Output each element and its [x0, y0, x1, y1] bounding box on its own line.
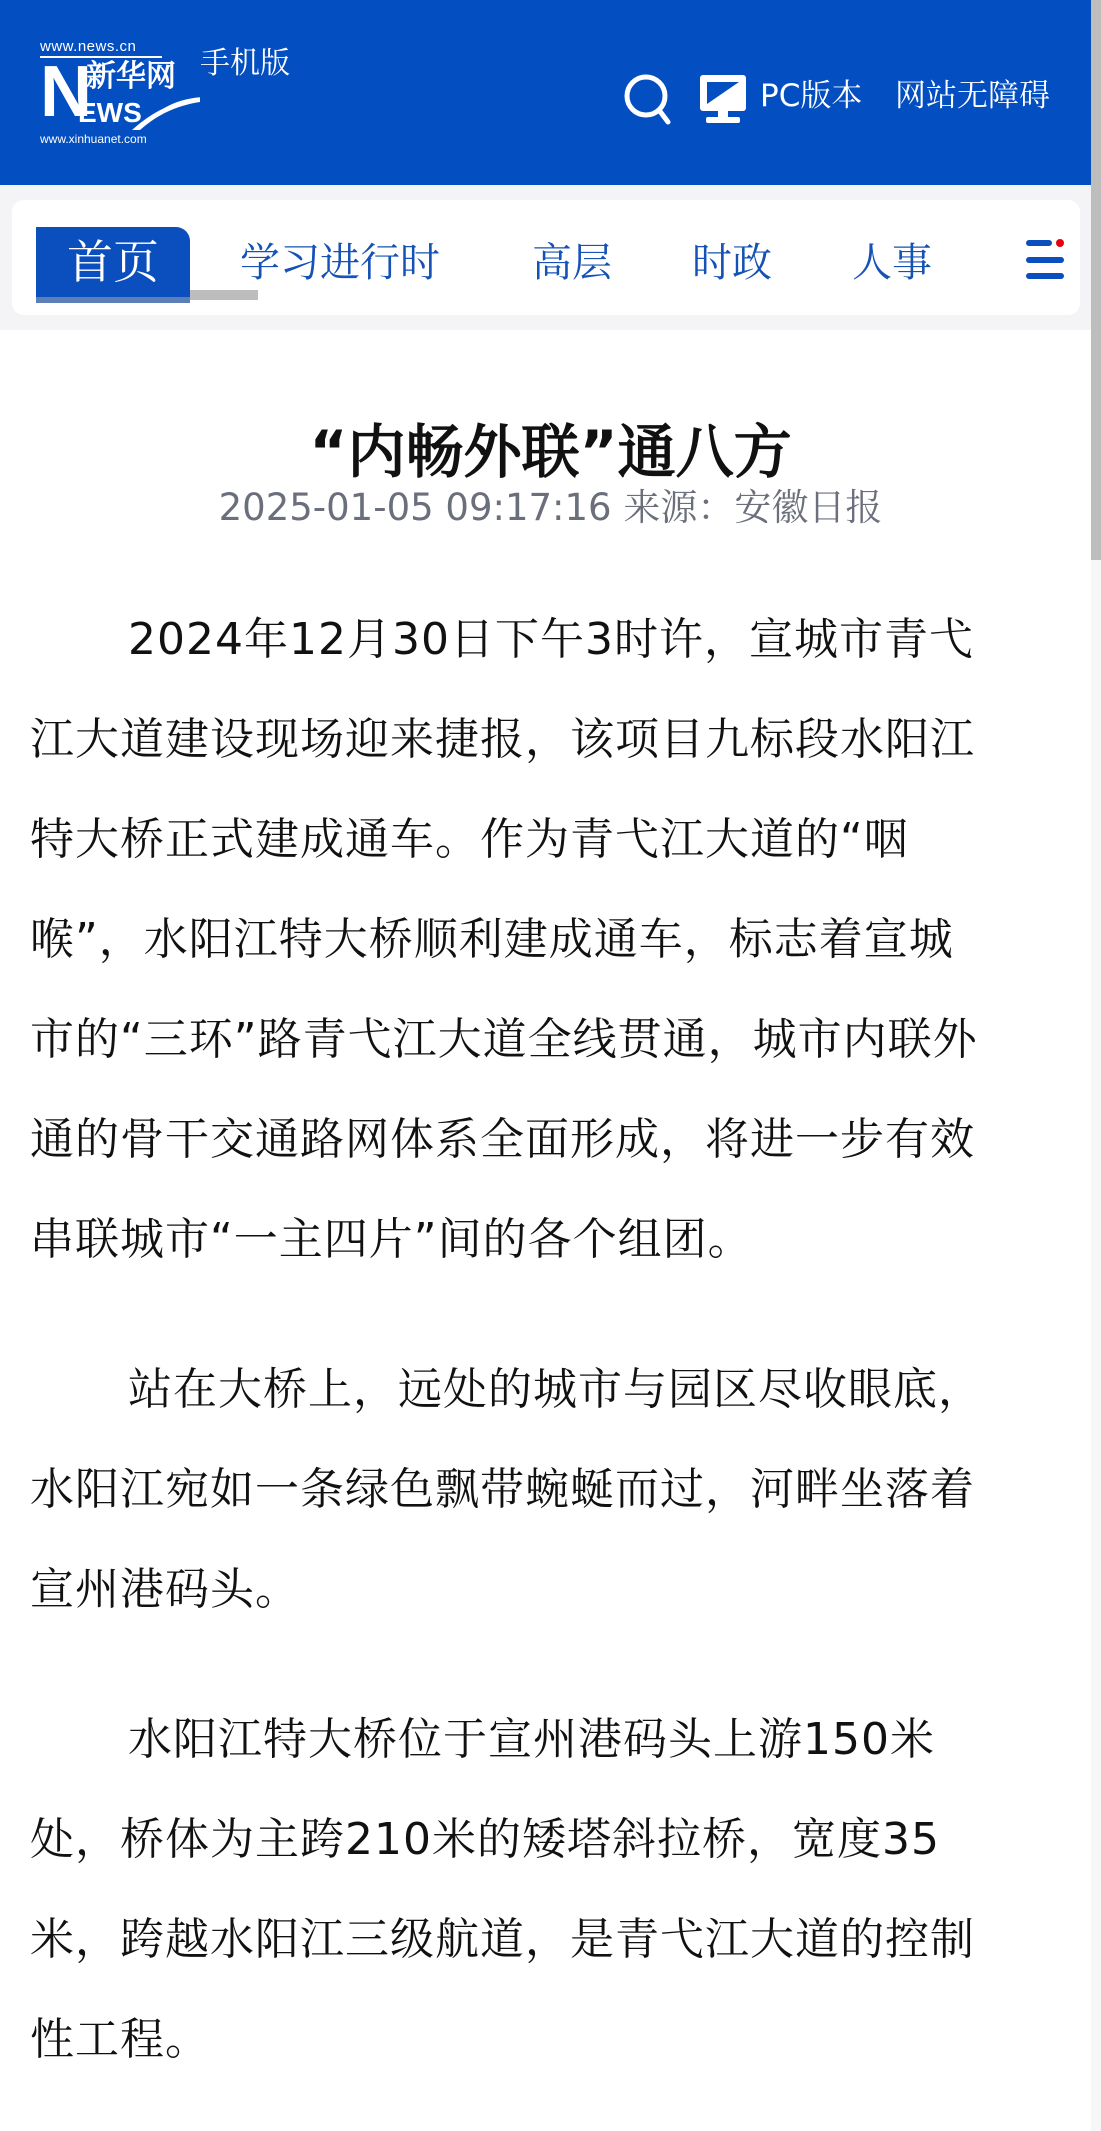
mobile-version-label: 手机版: [200, 38, 290, 82]
accessibility-link[interactable]: 网站无障碍: [895, 70, 1050, 115]
article-title: “内畅外联”通八方: [0, 414, 1101, 490]
paragraph-line: 水阳江特大桥位于宣州港码头上游150米: [30, 1690, 1070, 1790]
menu-bar: [1026, 273, 1064, 279]
article-meta: 2025-01-05 09:17:16 来源：安徽日报: [0, 483, 1101, 533]
paragraph-line: 水阳江宛如一条绿色飘带蜿蜒而过，河畔坐落着: [30, 1440, 1070, 1540]
menu-bar: [1026, 240, 1052, 246]
article-paragraph: 2024年12月30日下午3时许，宣城市青弋 江大道建设现场迎来捷报，该项目九标…: [30, 590, 1070, 1290]
logo-swoosh-icon: [130, 92, 202, 132]
paragraph-line: 站在大桥上，远处的城市与园区尽收眼底，: [30, 1340, 1070, 1440]
paragraph-line: 喉”，水阳江特大桥顺利建成通车，标志着宣城: [30, 890, 1070, 990]
logo-brand-cn: 新华网: [86, 60, 176, 94]
site-header: www.news.cn N 新华网 EWS www.xinhuanet.com …: [0, 0, 1101, 185]
nav-item-home[interactable]: 首页: [36, 227, 190, 297]
paragraph-line: 市的“三环”路青弋江大道全线贯通，城市内联外: [30, 990, 1070, 1090]
nav-item-personnel[interactable]: 人事: [852, 235, 932, 291]
search-icon[interactable]: [622, 72, 674, 128]
article-paragraph: 水阳江特大桥位于宣州港码头上游150米 处，桥体为主跨210米的矮塔斜拉桥，宽度…: [30, 1690, 1070, 2090]
paragraph-line: 串联城市“一主四片”间的各个组团。: [30, 1190, 1070, 1290]
pc-version-link[interactable]: PC版本: [760, 70, 862, 115]
nav-item-study[interactable]: 学习进行时: [240, 235, 440, 291]
paragraph-line: 江大道建设现场迎来捷报，该项目九标段水阳江: [30, 690, 1070, 790]
notification-dot: [1056, 239, 1064, 247]
paragraph-line: 性工程。: [30, 1990, 1070, 2090]
nav-item-leadership[interactable]: 高层: [532, 235, 612, 291]
article-paragraph: 站在大桥上，远处的城市与园区尽收眼底， 水阳江宛如一条绿色飘带蜿蜒而过，河畔坐落…: [30, 1340, 1070, 1640]
paragraph-line: 米，跨越水阳江三级航道，是青弋江大道的控制: [30, 1890, 1070, 1990]
paragraph-line: 处，桥体为主跨210米的矮塔斜拉桥，宽度35: [30, 1790, 1070, 1890]
menu-bar: [1026, 257, 1064, 263]
paragraph-line: 特大桥正式建成通车。作为青弋江大道的“咽: [30, 790, 1070, 890]
xinhuanet-logo[interactable]: www.news.cn N 新华网 EWS www.xinhuanet.com: [38, 36, 208, 148]
paragraph-line: 宣州港码头。: [30, 1540, 1070, 1640]
monitor-icon[interactable]: [698, 73, 748, 125]
paragraph-line: 2024年12月30日下午3时许，宣城市青弋: [30, 590, 1070, 690]
nav-item-politics[interactable]: 时政: [692, 235, 772, 291]
logo-url-bottom: www.xinhuanet.com: [40, 132, 147, 146]
menu-icon[interactable]: [1024, 240, 1066, 284]
paragraph-line: 通的骨干交通路网体系全面形成，将进一步有效: [30, 1090, 1070, 1190]
